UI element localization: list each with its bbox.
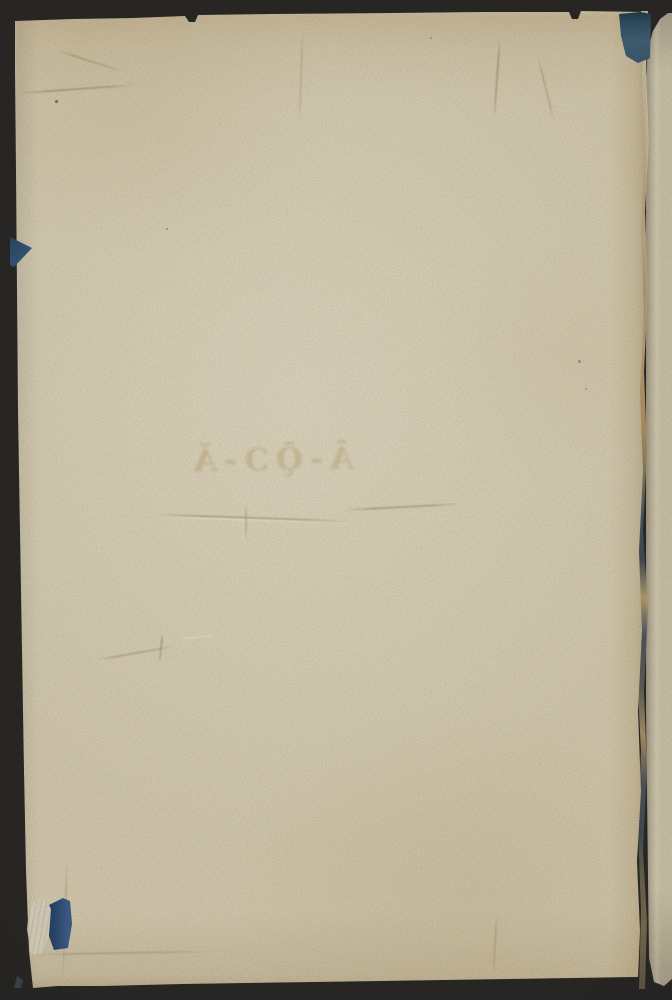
foxing-speck [430, 37, 432, 39]
crease-mark [18, 84, 138, 94]
foxing-speck [585, 388, 587, 390]
book-page: Ā-ǬƆ-Ă [13, 11, 647, 989]
crease-mark [492, 915, 497, 975]
bleed-through-text: Ā-ǬƆ-Ă [149, 428, 390, 492]
crease-mark [298, 30, 303, 125]
foxing-speck [55, 100, 58, 103]
crease-highlight [175, 634, 220, 641]
scan-background: Ā-ǬƆ-Ă [0, 0, 672, 1000]
foxing-speck [578, 360, 581, 363]
crease-mark [30, 950, 215, 955]
crease-mark [56, 49, 123, 73]
crease-mark [153, 514, 353, 523]
crease-highlight [153, 516, 353, 525]
crease-mark [343, 503, 463, 511]
crease-mark [493, 38, 501, 120]
crease-mark [537, 56, 555, 122]
crease-mark [158, 633, 163, 663]
foxing-speck [166, 228, 168, 230]
adjacent-leaf-edge [646, 13, 672, 986]
bottom-edge-tear-notch [14, 976, 24, 988]
crease-mark [96, 645, 175, 661]
crease-mark [245, 505, 247, 541]
